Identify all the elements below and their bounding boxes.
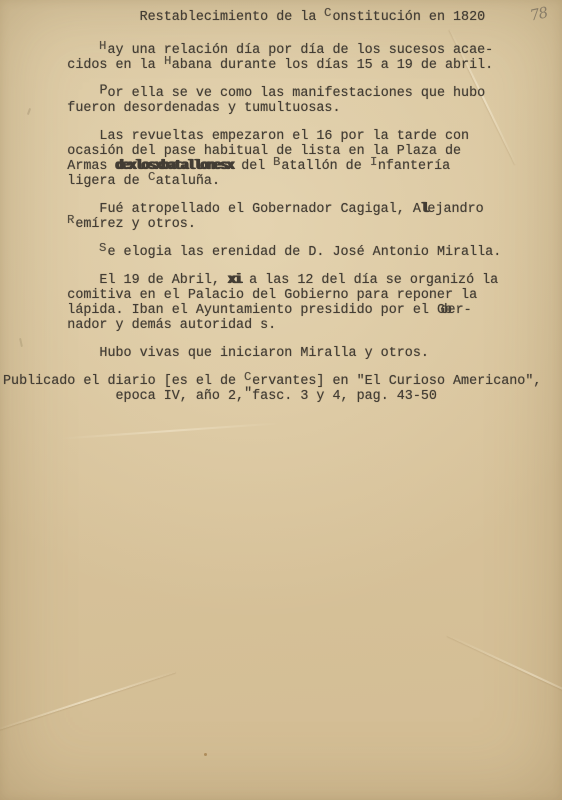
- text-line: ligera de Cataluña.: [3, 174, 562, 189]
- text-line: fueron desordenadas y tumultuosas.: [3, 101, 562, 116]
- text-line: El 19 de Abril, xi a las 12 del día se o…: [3, 273, 562, 288]
- text-segment-raised: C: [244, 371, 251, 385]
- text-segment: comitiva en el Palacio del Gobierno para…: [3, 288, 477, 303]
- text-segment: ataluña.: [156, 174, 220, 189]
- paragraph-relacion: Hay una relación día por día de los suce…: [3, 43, 562, 73]
- text-segment: atallón de: [281, 159, 369, 174]
- text-line: Publicado el diario [es el de Cervantes]…: [3, 374, 562, 389]
- text-line: Remírez y otros.: [3, 217, 562, 232]
- text-segment: Armas: [3, 159, 116, 174]
- document-page: 78 Restablecimiento de la Constitución e…: [0, 0, 562, 800]
- text-segment: fueron desordenadas y tumultuosas.: [3, 101, 341, 116]
- text-segment-raised: C: [324, 7, 331, 21]
- text-segment: epoca IV, año 2,: [3, 389, 244, 404]
- text-segment: er-: [448, 303, 472, 318]
- text-line: Restablecimiento de la Constitución en 1…: [3, 10, 562, 25]
- text-segment-raised: H: [164, 55, 171, 69]
- text-segment-raised: R: [67, 214, 74, 228]
- paper-speck: [204, 753, 207, 756]
- text-segment-over: xi: [228, 273, 241, 288]
- text-segment: [3, 245, 99, 260]
- text-segment: ervantes] en "El Curioso Americano",: [252, 374, 541, 389]
- text-segment: lápida. Iban el Ayuntamiento presidido p…: [3, 303, 437, 318]
- text-line: nador y demás autoridad s.: [3, 318, 562, 333]
- text-segment-crowd: Gob: [437, 303, 448, 318]
- text-segment: ligera de: [3, 174, 148, 189]
- paragraph-vivas: Hubo vivas que iniciaron Miralla y otros…: [3, 346, 562, 361]
- text-segment: ejandro: [427, 202, 483, 217]
- text-segment: [3, 86, 99, 101]
- text-line: lápida. Iban el Ayuntamiento presidido p…: [3, 303, 562, 318]
- text-segment-raised: H: [99, 40, 106, 54]
- text-segment: Fué atropellado el Gobernador Cagigal, A: [3, 202, 421, 217]
- text-segment-raised: I: [370, 156, 377, 170]
- text-line: Las revueltas empezaron el 16 por la tar…: [3, 129, 562, 144]
- text-segment: [3, 43, 99, 58]
- paragraph-revueltas: Las revueltas empezaron el 16 por la tar…: [3, 129, 562, 189]
- text-line: Hubo vivas que iniciaron Miralla y otros…: [3, 346, 562, 361]
- text-segment-up: ": [244, 387, 252, 402]
- text-segment: e elogia las erenidad de D. José Antonio…: [107, 245, 501, 260]
- text-line: Se elogia las erenidad de D. José Antoni…: [3, 245, 562, 260]
- title-paragraph: Restablecimiento de la Constitución en 1…: [3, 10, 562, 25]
- text-segment: cidos en la: [3, 58, 164, 73]
- text-segment-raised: C: [148, 171, 155, 185]
- text-line: Hay una relación día por día de los suce…: [3, 43, 562, 58]
- text-segment: or ella se ve como las manifestaciones q…: [107, 86, 485, 101]
- text-line: ocasión del pase habitual de lista en la…: [3, 144, 562, 159]
- text-segment-over: dexlosxbatallonesx: [116, 159, 234, 174]
- text-segment-raised: B: [273, 156, 280, 170]
- text-segment: Hubo vivas que iniciaron Miralla y otros…: [3, 346, 429, 361]
- text-line: cidos en la Habana durante los días 15 a…: [3, 58, 562, 73]
- text-segment: emírez y otros.: [75, 217, 196, 232]
- paragraph-comitiva: El 19 de Abril, xi a las 12 del día se o…: [3, 273, 562, 333]
- typewritten-text: Restablecimiento de la Constitución en 1…: [3, 10, 562, 417]
- paragraph-miralla-elogio: Se elogia las erenidad de D. José Antoni…: [3, 245, 562, 260]
- text-segment: fasc. 3 y 4, pag. 43-50: [252, 389, 437, 404]
- text-segment: nador y demás autoridad s.: [3, 318, 276, 333]
- text-segment: Publicado el diario [es el de: [3, 374, 244, 389]
- text-segment: a las 12 del día se organizó la: [241, 273, 498, 288]
- text-segment: abana durante los días 15 a 19 de abril.: [172, 58, 493, 73]
- text-segment: El 19 de Abril,: [3, 273, 228, 288]
- text-line: epoca IV, año 2,"fasc. 3 y 4, pag. 43-50: [3, 389, 562, 404]
- source-note: Publicado el diario [es el de Cervantes]…: [3, 374, 562, 404]
- text-segment: nfantería: [378, 159, 450, 174]
- text-line: Por ella se ve como las manifestaciones …: [3, 86, 562, 101]
- paper-crease: [60, 422, 280, 439]
- text-segment: Restablecimiento de la: [3, 10, 324, 25]
- text-segment-up: P: [99, 84, 107, 99]
- text-segment: ocasión del pase habitual de lista en la…: [3, 144, 461, 159]
- text-segment: [3, 217, 67, 232]
- text-line: comitiva en el Palacio del Gobierno para…: [3, 288, 562, 303]
- text-segment-raised: S: [99, 242, 106, 256]
- text-line: Armas dexlosxbatallonesx del Batallón de…: [3, 159, 562, 174]
- paper-crease: [447, 634, 562, 703]
- text-segment: Las revueltas empezaron el 16 por la tar…: [3, 129, 469, 144]
- paragraph-atropello: Fué atropellado el Gobernador Cagigal, A…: [3, 202, 562, 232]
- paragraph-manifestaciones: Por ella se ve como las manifestaciones …: [3, 86, 562, 116]
- text-segment: del: [233, 159, 273, 174]
- paper-crease: [0, 671, 176, 732]
- text-segment: onstitución en 1820: [332, 10, 485, 25]
- text-line: Fué atropellado el Gobernador Cagigal, A…: [3, 202, 562, 217]
